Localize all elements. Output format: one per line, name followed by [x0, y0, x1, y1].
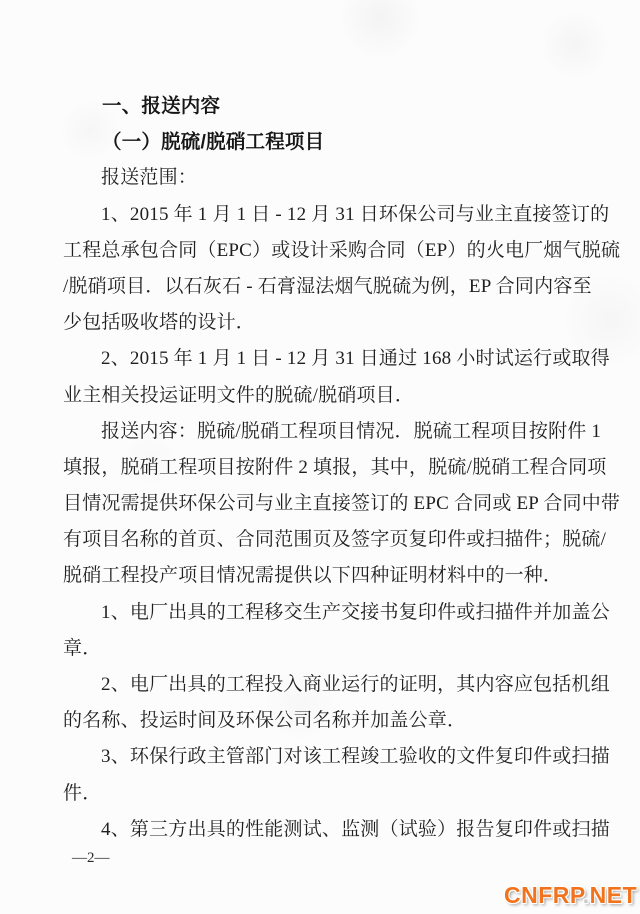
document-line: 工程总承包合同（EPC）或设计采购合同（EP）的火电厂烟气脱硫	[63, 233, 583, 269]
scanned-document-page: 一、报送内容 （一）脱硫/脱硝工程项目 报送范围： 1、2015 年 1 月 1…	[0, 0, 640, 914]
document-line: 1、2015 年 1 月 1 日 - 12 月 31 日环保公司与业主直接签订的	[63, 197, 583, 233]
document-line: 业主相关投运证明文件的脱硫/脱硝项目．	[63, 378, 583, 414]
document-line: 2、电厂出具的工程投入商业运行的证明，其内容应包括机组	[63, 667, 583, 703]
section-heading: 一、报送内容	[63, 88, 583, 124]
watermark-text: CNFRP	[504, 882, 583, 908]
document-line: 填报，脱硝工程项目按附件 2 填报，其中，脱硫/脱硝工程合同项	[63, 450, 583, 486]
watermark-dot: .	[583, 882, 590, 908]
watermark-tld: NET	[590, 882, 638, 908]
document-line: 报送内容：脱硫/脱硝工程项目情况．脱硫工程项目按附件 1	[63, 414, 583, 450]
watermark-cnfrp: CNFRP.NET	[504, 882, 637, 908]
document-line: 目情况需提供环保公司与业主直接签订的 EPC 合同或 EP 合同中带	[63, 486, 583, 522]
page-number: —2—	[72, 848, 110, 868]
document-line: 章．	[63, 631, 583, 667]
document-line: 的名称、投运时间及环保公司名称并加盖公章．	[63, 703, 583, 739]
document-line: 4、第三方出具的性能测试、监测（试验）报告复印件或扫描	[63, 812, 583, 848]
scope-label: 报送范围：	[63, 160, 583, 196]
document-line: 2、2015 年 1 月 1 日 - 12 月 31 日通过 168 小时试运行…	[63, 341, 583, 377]
document-body: 一、报送内容 （一）脱硫/脱硝工程项目 报送范围： 1、2015 年 1 月 1…	[63, 88, 583, 848]
document-line: 3、环保行政主管部门对该工程竣工验收的文件复印件或扫描	[63, 739, 583, 775]
document-line: 脱硝工程投产项目情况需提供以下四种证明材料中的一种．	[63, 558, 583, 594]
subsection-heading: （一）脱硫/脱硝工程项目	[63, 124, 583, 160]
document-line: 有项目名称的首页、合同范围页及签字页复印件或扫描件；脱硫/	[63, 522, 583, 558]
document-line: 1、电厂出具的工程移交生产交接书复印件或扫描件并加盖公	[63, 595, 583, 631]
document-line: 少包括吸收塔的设计．	[63, 305, 583, 341]
document-line: /脱硝项目．以石灰石 - 石膏湿法烟气脱硫为例，EP 合同内容至	[63, 269, 583, 305]
document-line: 件．	[63, 776, 583, 812]
